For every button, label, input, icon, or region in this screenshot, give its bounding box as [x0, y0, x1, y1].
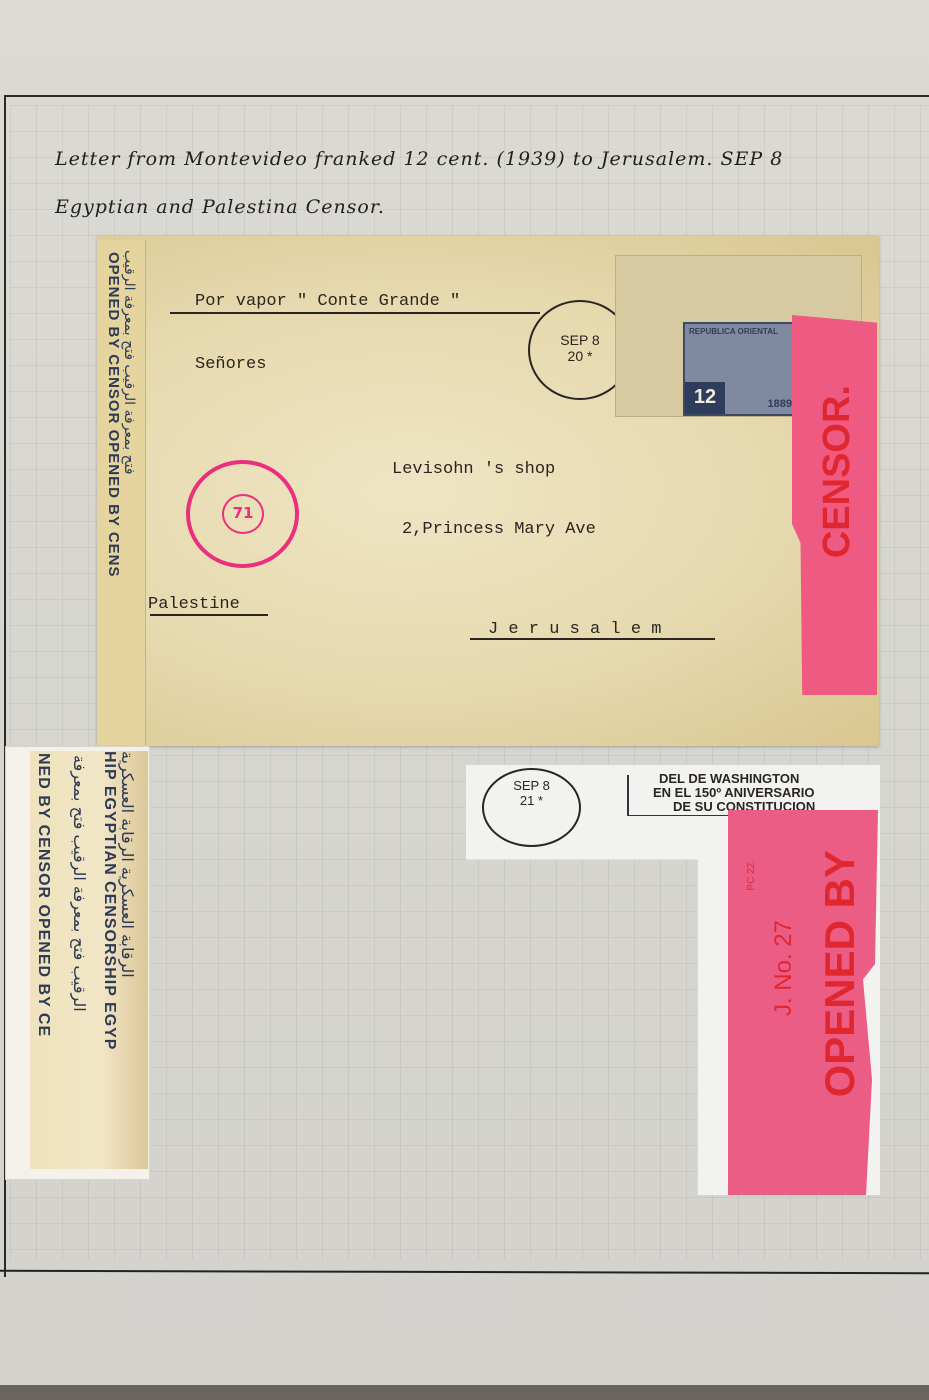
egyptian-censor-strip: OPENED BY CENSOR OPENED BY CENS فتح بمعر…	[97, 240, 146, 745]
routing-line: Por vapor " Conte Grande "	[195, 292, 460, 311]
fragment-arabic-line-1: الرقابة العسكرية الرقابة العسكرية	[118, 751, 137, 978]
city: J e r u s a l e m	[488, 620, 661, 639]
label-opened-by: OPENED BY	[816, 850, 864, 1097]
censor-tape-fragment: الرقابة العسكرية الرقابة العسكرية HIP EG…	[5, 746, 150, 1180]
country-underline	[150, 614, 268, 616]
fragment-arabic-line-2: الرقيب فتح بمعرفة الرقيب فتح بمعرفة	[70, 755, 89, 1012]
palestine-censor-seal: 71	[186, 460, 299, 568]
censor-strip-english: OPENED BY CENSOR OPENED BY CENS	[105, 252, 122, 578]
censor-label-text: CENSOR.	[816, 385, 859, 558]
country: Palestine	[148, 595, 240, 614]
street-address: 2,Princess Mary Ave	[402, 520, 596, 539]
censor-label-pink: CENSOR.	[792, 315, 877, 695]
label-number: J. No. 27	[770, 920, 798, 1016]
table-surface	[0, 1385, 929, 1400]
stamp-year: 1889	[768, 398, 792, 410]
fragment-english-line-1: HIP EGYPTIAN CENSORSHIP EGYP	[100, 751, 118, 1050]
city-underline	[470, 638, 715, 640]
addressee: Levisohn 's shop	[392, 460, 555, 479]
stamp-denomination: 12	[685, 382, 725, 414]
slogan-cancel-box: DEL DE WASHINGTON EN EL 150º ANIVERSARIO…	[627, 775, 869, 816]
censor-seal-number: 71	[222, 494, 264, 534]
censor-strip-arabic: فتح بمعرفة الرقيب فتح بمعرفة الرقيب	[121, 250, 137, 475]
caption-line-2: Egyptian and Palestina Censor.	[55, 196, 385, 218]
uruguay-12-centesimos-stamp: REPUBLICA ORIENTAL 12 1889	[683, 322, 802, 416]
fragment-english-line-2: NED BY CENSOR OPENED BY CE	[34, 753, 52, 1037]
routing-underline	[170, 312, 540, 314]
opened-by-censor-label: PC 22. J. No. 27 OPENED BY	[728, 810, 878, 1195]
caption-line-1: Letter from Montevideo franked 12 cent. …	[55, 148, 783, 170]
fragment-postmark: SEP 8 21 *	[482, 768, 581, 847]
salutation: Señores	[195, 355, 266, 374]
label-code: PC 22.	[746, 860, 757, 891]
